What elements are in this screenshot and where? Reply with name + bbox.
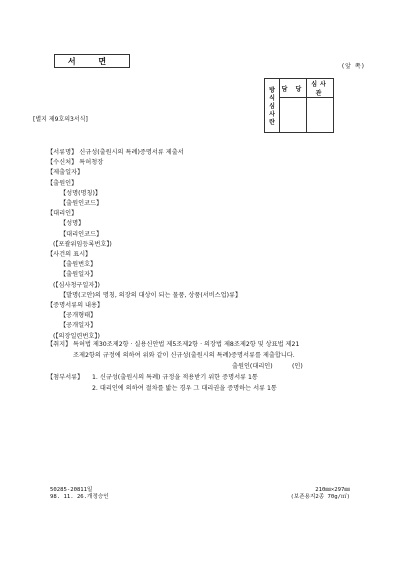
body-line: (【심사청구일자】) xyxy=(53,280,100,289)
approval-cell-examiner xyxy=(307,98,334,133)
body-line: 【공개일자】 xyxy=(60,320,96,329)
body-line: 【성명(명칭)】 xyxy=(60,188,101,197)
approval-col-officer: 담 당 xyxy=(280,79,307,98)
approval-col-examiner: 심사관 xyxy=(307,79,334,98)
footer-left: 50285-20811일 98. 11. 26.개정승인 xyxy=(50,487,109,501)
purpose-line-1: 특허법 제30조제2항 · 실용신안법 제5조제2항 · 의장법 제8조제2항 … xyxy=(73,339,299,348)
footer-paper-spec: (보존용지2종 70g/㎡) xyxy=(290,494,350,501)
body-line: 【증명서류의 내용】 xyxy=(47,300,103,309)
attachments-label: 【첨부서류】 xyxy=(47,372,83,381)
body-line: 【대리인】 xyxy=(47,208,77,217)
form-number: [별지 제9호의3서식] xyxy=(33,114,88,123)
approval-side-label: 방 식 심 사 란 xyxy=(265,79,280,133)
body-line: 【출원인】 xyxy=(47,178,77,187)
body-line: 【제출일자】 xyxy=(47,167,83,176)
body-line: 【출원인코드】 xyxy=(60,198,102,207)
page-side-label: (앞 쪽) xyxy=(342,61,365,70)
body-line: 【대리인코드】 xyxy=(60,229,102,238)
body-line: (【포괄위임등록번호】) xyxy=(53,239,112,248)
footer-form-code: 50285-20811일 xyxy=(50,487,109,494)
approval-cell-officer xyxy=(280,98,307,133)
footer-paper-size: 210㎜×297㎜ xyxy=(290,487,350,494)
body-line: 【발명(고안)의 명칭, 의장의 대상이 되는 물품, 상품(서비스업)류】 xyxy=(60,290,241,299)
purpose-line-2: 조제2항의 규정에 의하여 위와 같이 신규성(출원시의 특례)증명서류를 제출… xyxy=(73,350,295,359)
approval-box: 방 식 심 사 란 담 당 심사관 xyxy=(264,78,334,133)
document-title: 서 면 xyxy=(68,56,116,67)
body-line: 【성명】 xyxy=(60,218,84,227)
body-line: 【사건의 표시】 xyxy=(47,249,91,258)
purpose-seal: (인) xyxy=(292,361,303,370)
body-line: 【공개형태】 xyxy=(60,310,96,319)
attachment-item-1: 1. 신규성(출원시의 특례) 규정을 적용받기 위한 증명서류 1통 xyxy=(92,372,258,381)
body-line: 【출원일자】 xyxy=(60,269,96,278)
footer-approval-date: 98. 11. 26.개정승인 xyxy=(50,494,109,501)
body-line: 【서류명】 신규성(출원시의 특례)증명서류 제출서 xyxy=(47,147,184,156)
document-title-box: 서 면 xyxy=(54,54,130,68)
footer-right: 210㎜×297㎜ (보존용지2종 70g/㎡) xyxy=(290,487,350,501)
purpose-signer: 출원인(대리인) xyxy=(232,361,273,370)
body-line: 【수신처】 특허청장 xyxy=(47,157,103,166)
attachment-item-2: 2. 대리인에 의하여 절차를 밟는 경우 그 대리권을 증명하는 서류 1통 xyxy=(92,383,277,392)
purpose-label: 【취지】 xyxy=(47,339,71,348)
body-line: 【출원번호】 xyxy=(60,259,96,268)
